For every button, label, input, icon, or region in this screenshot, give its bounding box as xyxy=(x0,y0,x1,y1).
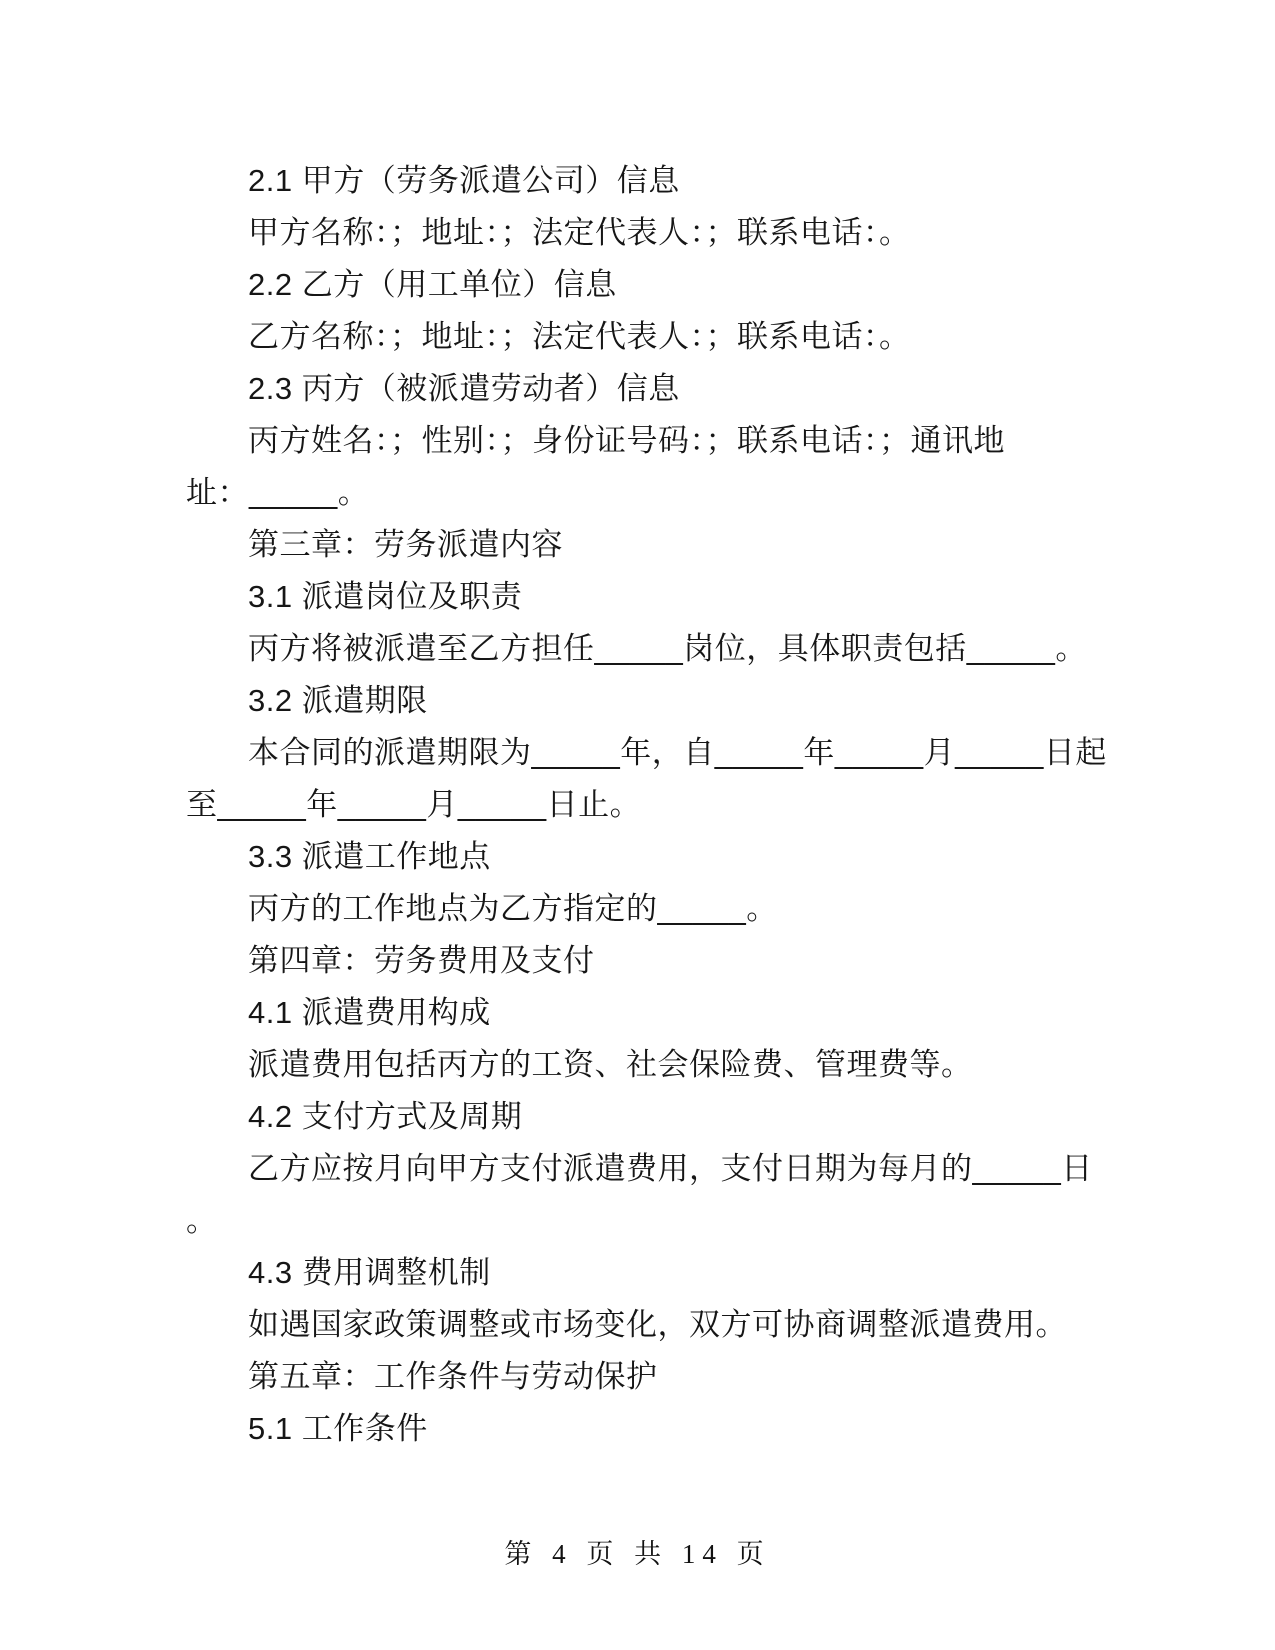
chapter-heading-3: 第三章：劳务派遣内容 xyxy=(186,519,1186,571)
dispatch-term-line-wrap: 至_____年_____月_____日止。 xyxy=(186,779,1186,831)
chapter-heading-4: 第四章：劳务费用及支付 xyxy=(186,935,1186,987)
section-heading-2-2: 2.2 乙方（用工单位）信息 xyxy=(186,259,1186,311)
document-body: 2.1 甲方（劳务派遣公司）信息 甲方名称：；地址：；法定代表人：；联系电话：。… xyxy=(186,155,1186,1455)
section-heading-3-3: 3.3 派遣工作地点 xyxy=(186,831,1186,883)
section-heading-4-1: 4.1 派遣费用构成 xyxy=(186,987,1186,1039)
chapter-heading-5: 第五章：工作条件与劳动保护 xyxy=(186,1351,1186,1403)
section-heading-3-1: 3.1 派遣岗位及职责 xyxy=(186,571,1186,623)
page-number: 第 4 页 共 14 页 xyxy=(0,1532,1275,1571)
fee-composition-line: 派遣费用包括丙方的工资、社会保险费、管理费等。 xyxy=(186,1039,1186,1091)
dispatch-position-line: 丙方将被派遣至乙方担任_____岗位，具体职责包括_____。 xyxy=(186,623,1186,675)
party-b-info-line: 乙方名称：；地址：；法定代表人：；联系电话：。 xyxy=(186,311,1186,363)
document-page: 2.1 甲方（劳务派遣公司）信息 甲方名称：；地址：；法定代表人：；联系电话：。… xyxy=(0,0,1275,1650)
payment-cycle-line-wrap: 。 xyxy=(186,1195,1186,1247)
section-heading-2-3: 2.3 丙方（被派遣劳动者）信息 xyxy=(186,363,1186,415)
party-c-info-line-wrap: 址：_____。 xyxy=(186,467,1186,519)
work-location-line: 丙方的工作地点为乙方指定的_____。 xyxy=(186,883,1186,935)
party-c-info-line: 丙方姓名：；性别：；身份证号码：；联系电话：；通讯地 xyxy=(186,415,1186,467)
party-a-info-line: 甲方名称：；地址：；法定代表人：；联系电话：。 xyxy=(186,207,1186,259)
section-heading-2-1: 2.1 甲方（劳务派遣公司）信息 xyxy=(186,155,1186,207)
section-heading-4-2: 4.2 支付方式及周期 xyxy=(186,1091,1186,1143)
section-heading-5-1: 5.1 工作条件 xyxy=(186,1403,1186,1455)
payment-cycle-line: 乙方应按月向甲方支付派遣费用，支付日期为每月的_____日 xyxy=(186,1143,1186,1195)
section-heading-4-3: 4.3 费用调整机制 xyxy=(186,1247,1186,1299)
fee-adjustment-line: 如遇国家政策调整或市场变化，双方可协商调整派遣费用。 xyxy=(186,1299,1186,1351)
dispatch-term-line: 本合同的派遣期限为_____年，自_____年_____月_____日起 xyxy=(186,727,1186,779)
section-heading-3-2: 3.2 派遣期限 xyxy=(186,675,1186,727)
